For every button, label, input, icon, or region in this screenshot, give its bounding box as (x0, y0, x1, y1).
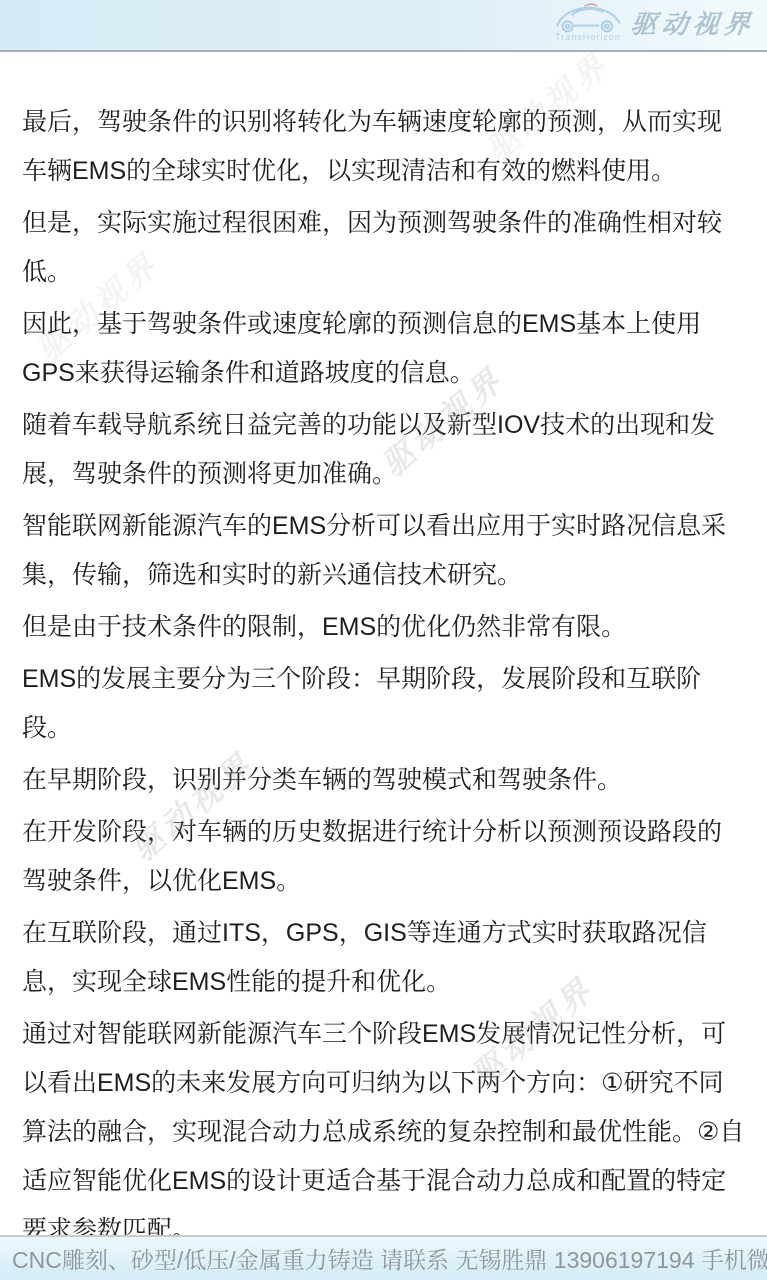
paragraph: 在开发阶段，对车辆的历史数据进行统计分析以预测预设路段的驾驶条件，以优化EMS。 (22, 808, 745, 906)
car-outline-icon (551, 3, 625, 35)
paragraph: 因此，基于驾驶条件或速度轮廓的预测信息的EMS基本上使用GPS来获得运输条件和道… (22, 300, 745, 398)
paragraph: 随着车载导航系统日益完善的功能以及新型IOV技术的出现和发展，驾驶条件的预测将更… (22, 401, 745, 499)
paragraph: EMS的发展主要分为三个阶段：早期阶段，发展阶段和互联阶段。 (22, 655, 745, 753)
paragraph: 在互联阶段，通过ITS，GPS，GIS等连通方式实时获取路况信息，实现全球EMS… (22, 909, 745, 1007)
paragraph: 但是，实际实施过程很困难，因为预测驾驶条件的准确性相对较低。 (22, 199, 745, 297)
brand-en-label: TransHorizon (555, 32, 621, 42)
footer-contact-text: CNC雕刻、砂型/低压/金属重力铸造 请联系 无锡胜鼎 13906197194 … (12, 1242, 767, 1275)
brand-cn-label: 驱动视界 (629, 4, 757, 41)
paragraph: 在早期阶段，识别并分类车辆的驾驶模式和驾驶条件。 (22, 756, 745, 805)
car-logo-icon: TransHorizon (551, 3, 625, 42)
paragraph: 但是由于技术条件的限制，EMS的优化仍然非常有限。 (22, 603, 745, 652)
paragraph: 智能联网新能源汽车的EMS分析可以看出应用于实时路况信息采集，传输，筛选和实时的… (22, 502, 745, 600)
article-body: 最后，驾驶条件的识别将转化为车辆速度轮廓的预测，从而实现车辆EMS的全球实时优化… (0, 52, 767, 1258)
paragraph: 最后，驾驶条件的识别将转化为车辆速度轮廓的预测，从而实现车辆EMS的全球实时优化… (22, 98, 745, 196)
page-footer: CNC雕刻、砂型/低压/金属重力铸造 请联系 无锡胜鼎 13906197194 … (0, 1235, 767, 1280)
page-header: TransHorizon 驱动视界 (0, 0, 767, 52)
paragraph: 通过对智能联网新能源汽车三个阶段EMS发展情况记性分析，可以看出EMS的未来发展… (22, 1010, 745, 1255)
brand-logo: TransHorizon 驱动视界 (551, 3, 755, 42)
